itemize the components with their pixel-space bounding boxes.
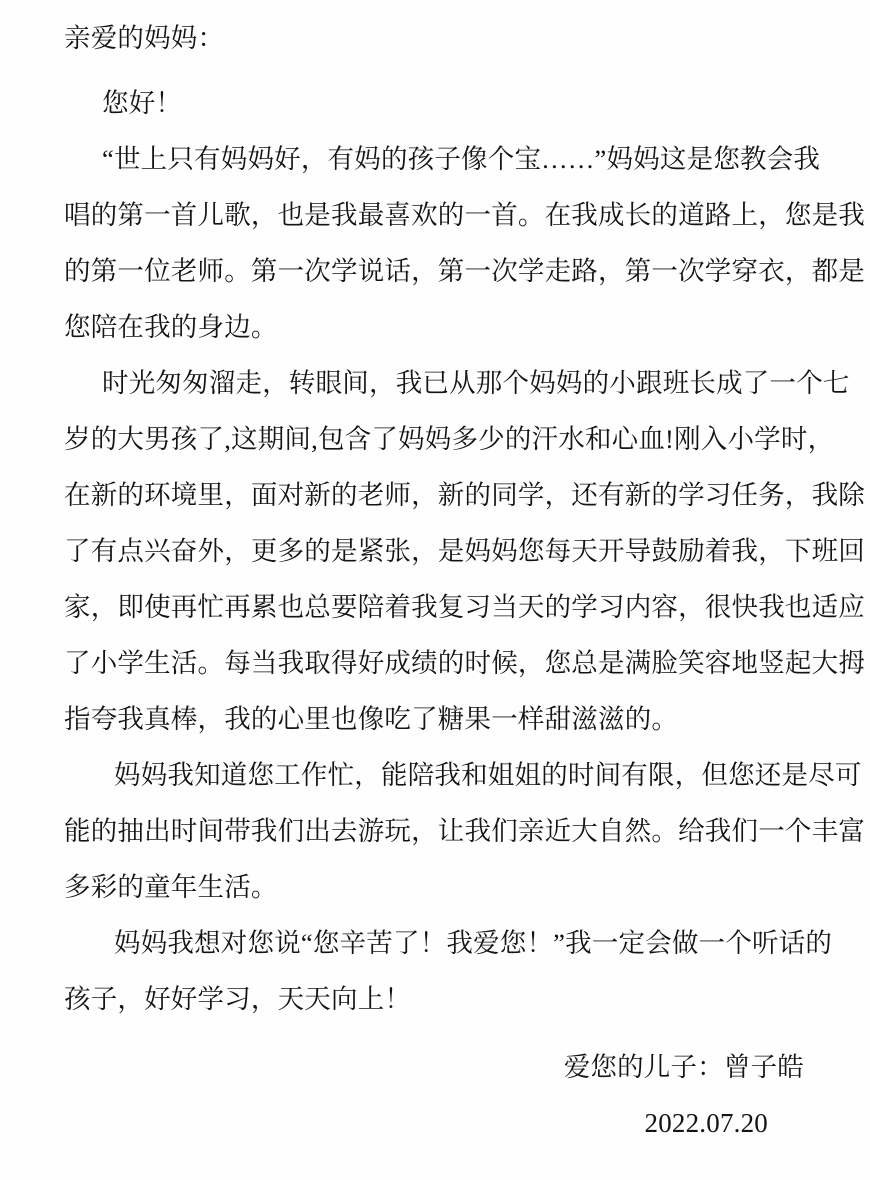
letter-line: 妈妈我知道您工作忙，能陪我和姐姐的时间有限，但您还是尽可 <box>64 747 818 803</box>
letter-line: 了小学生活。每当我取得好成绩的时候，您总是满脸笑容地竖起大拇 <box>64 635 818 691</box>
letter-line: 在新的环境里，面对新的老师，新的同学，还有新的学习任务，我除 <box>64 467 818 523</box>
letter-line: 多彩的童年生活。 <box>64 859 818 915</box>
letter-line: 时光匆匆溜走，转眼间，我已从那个妈妈的小跟班长成了一个七 <box>64 355 818 411</box>
letter-line: 的第一位老师。第一次学说话，第一次学走路，第一次学穿衣，都是 <box>64 243 818 299</box>
letter-line: 能的抽出时间带我们出去游玩，让我们亲近大自然。给我们一个丰富 <box>64 803 818 859</box>
signoff: 爱您的儿子：曾子皓 <box>64 1039 818 1095</box>
letter-line: “世上只有妈妈好，有妈的孩子像个宝……”妈妈这是您教会我 <box>64 131 818 187</box>
letter-line: 唱的第一首儿歌，也是我最喜欢的一首。在我成长的道路上，您是我 <box>64 187 818 243</box>
greeting-line: 您好！ <box>64 75 818 131</box>
letter-line: 家，即使再忙再累也总要陪着我复习当天的学习内容，很快我也适应 <box>64 579 818 635</box>
letter-line: 您陪在我的身边。 <box>64 299 818 355</box>
letter-line: 了有点兴奋外，更多的是紧张，是妈妈您每天开导鼓励着我，下班回 <box>64 523 818 579</box>
salutation: 亲爱的妈妈： <box>64 10 818 66</box>
letter-document: 亲爱的妈妈： 您好！ “世上只有妈妈好，有妈的孩子像个宝……”妈妈这是您教会我 … <box>0 0 870 1180</box>
letter-line: 妈妈我想对您说“您辛苦了！我爱您！”我一定会做一个听话的 <box>64 915 818 971</box>
letter-line: 指夸我真棒，我的心里也像吃了糖果一样甜滋滋的。 <box>64 691 818 747</box>
letter-line: 孩子，好好学习，天天向上！ <box>64 971 818 1027</box>
letter-line: 岁的大男孩了,这期间,包含了妈妈多少的汗水和心血!刚入小学时， <box>64 411 818 467</box>
date-line: 2022.07.20 <box>64 1095 818 1151</box>
